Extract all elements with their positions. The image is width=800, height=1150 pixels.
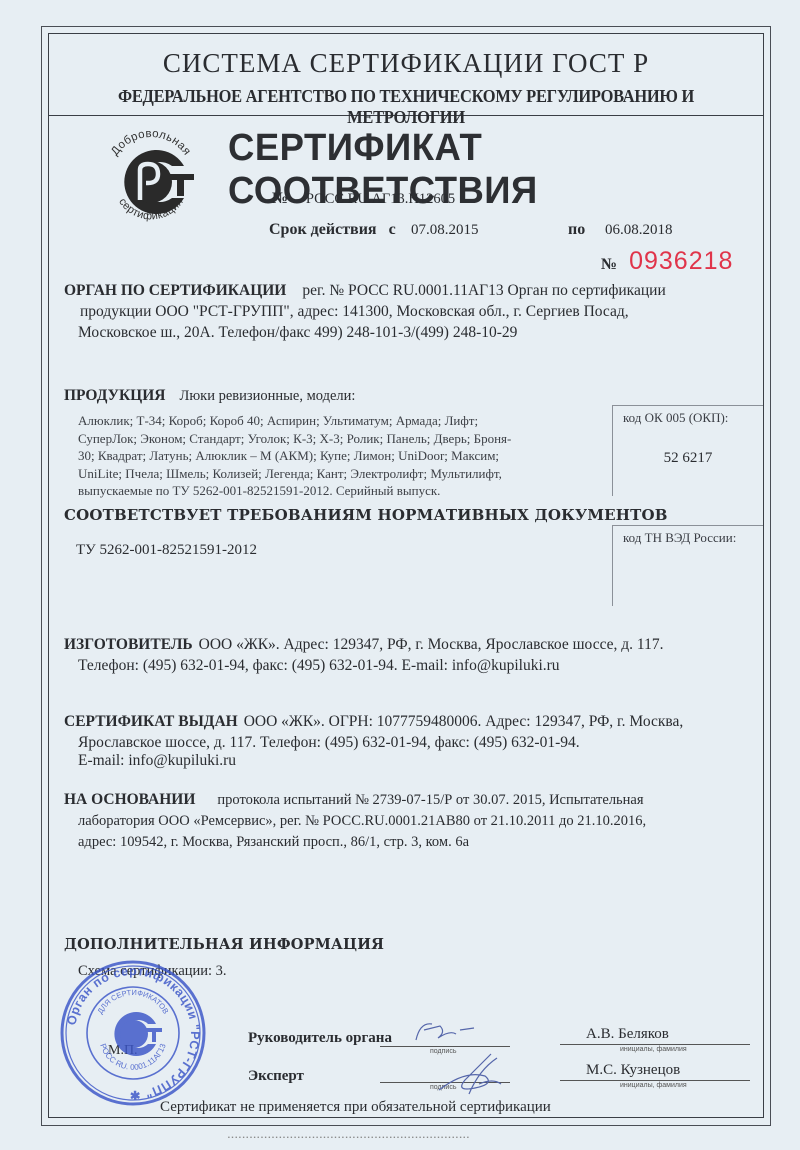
serial-number: 0936218 (629, 247, 733, 275)
certification-body-line1: рег. № РОСС RU.0001.11АГ13 Орган по серт… (302, 282, 665, 299)
issued-to-line1: ООО «ЖК». ОГРН: 1077759480006. Адрес: 12… (244, 713, 684, 730)
product-model-line: выпускаемые по ТУ 5262-001-82521591-2012… (78, 482, 608, 500)
notice-text: Сертификат не применяется при обязательн… (160, 1099, 551, 1116)
validity-label: Срок действия (269, 221, 377, 238)
okp-label: код ОК 005 (ОКП): (613, 406, 763, 426)
printer-imprint: ▪ ▪ ▪ ▪ ▪ ▪ ▪ ▪ ▪ ▪ ▪ ▪ ▪ ▪ ▪ ▪ ▪ ▪ ▪ ▪ … (228, 1135, 469, 1141)
expert-name: М.С. Кузнецов (586, 1062, 680, 1079)
certification-body-section: ОРГАН ПО СЕРТИФИКАЦИИрег. № РОСС RU.0001… (64, 280, 754, 343)
conformity-label: СООТВЕТСТВУЕТ ТРЕБОВАНИЯМ НОРМАТИВНЫХ ДО… (64, 506, 754, 524)
issued-to-label: СЕРТИФИКАТ ВЫДАН (64, 713, 238, 730)
issued-to-line3: E-mail: info@kupiluki.ru (64, 750, 754, 771)
svg-text:ДЛЯ СЕРТИФИКАТОВ: ДЛЯ СЕРТИФИКАТОВ (96, 988, 171, 1016)
organization-stamp-icon: Орган по сертификации "РСТ-ГРУПП" ✱ ДЛЯ … (58, 958, 208, 1108)
product-model-line: 30; Квадрат; Латунь; Алюклик – М (АКМ); … (78, 447, 608, 465)
expert-label: Эксперт (248, 1068, 304, 1085)
expert-name-caption: инициалы, фамилия (620, 1082, 687, 1089)
head-signature-icon (410, 1016, 480, 1053)
rst-logo-icon: Добровольная сертификация (96, 128, 206, 230)
manufacturer-label: ИЗГОТОВИТЕЛЬ (64, 636, 193, 653)
certification-body-line3: Московское ш., 20А. Телефон/факс 499) 24… (64, 322, 754, 343)
tnved-code-box: код ТН ВЭД России: (612, 525, 763, 606)
manufacturer-line1: ООО «ЖК». Адрес: 129347, РФ, г. Москва, … (199, 636, 664, 653)
manufacturer-line2: Телефон: (495) 632-01-94, факс: (495) 63… (64, 655, 754, 676)
product-label: ПРОДУКЦИЯ (64, 387, 166, 404)
serial-number-line: № 0936218 (601, 247, 733, 276)
number-label: № (272, 190, 288, 207)
valid-from-date: 07.08.2015 (411, 222, 479, 239)
from-label: с (389, 221, 396, 238)
head-label: Руководитель органа (248, 1030, 392, 1047)
additional-info-label: ДОПОЛНИТЕЛЬНАЯ ИНФОРМАЦИЯ (64, 936, 754, 953)
okp-code-box: код ОК 005 (ОКП): 52 6217 (612, 405, 763, 496)
system-title: СИСТЕМА СЕРТИФИКАЦИИ ГОСТ Р (48, 48, 764, 79)
okp-code: 52 6217 (613, 450, 763, 467)
tnved-label: код ТН ВЭД России: (613, 526, 763, 546)
agency-name: ФЕДЕРАЛЬНОЕ АГЕНТСТВО ПО ТЕХНИЧЕСКОМУ РЕ… (69, 86, 742, 128)
expert-name-line (560, 1080, 750, 1081)
serial-label: № (601, 256, 617, 273)
head-name-caption: инициалы, фамилия (620, 1046, 687, 1053)
to-label: по (568, 221, 585, 239)
issued-to-section: СЕРТИФИКАТ ВЫДАНООО «ЖК». ОГРН: 10777594… (64, 711, 754, 771)
validity-line: Срок действия с 07.08.2015 по 06.08.2018 (269, 221, 709, 239)
product-model-line: СуперЛок; Эконом; Стандарт; Уголок; К-3;… (78, 430, 608, 448)
valid-to-date: 06.08.2018 (605, 222, 673, 239)
basis-section: НА ОСНОВАНИИпротокола испытаний № 2739-0… (64, 789, 754, 853)
product-models: Алюклик; Т-34; Короб; Короб 40; Аспирин;… (64, 412, 608, 500)
expert-signature-icon (435, 1050, 515, 1105)
certification-body-label: ОРГАН ПО СЕРТИФИКАЦИИ (64, 282, 286, 299)
basis-line3: адрес: 109542, г. Москва, Рязанский прос… (64, 832, 754, 853)
product-model-line: UniLite; Пчела; Шмель; Колизей; Легенда;… (78, 465, 608, 483)
basis-line1: протокола испытаний № 2739-07-15/Р от 30… (217, 792, 643, 808)
certificate-number: РОСС RU.АГ13.Н12605 (306, 191, 455, 207)
head-name-line (560, 1044, 750, 1045)
product-model-line: Алюклик; Т-34; Короб; Короб 40; Аспирин;… (78, 412, 608, 430)
certificate-number-line: № РОСС RU.АГ13.Н12605 (272, 190, 455, 208)
certification-body-line2: продукции ООО "РСТ-ГРУПП", адрес: 141300… (64, 301, 754, 322)
basis-label: НА ОСНОВАНИИ (64, 791, 195, 808)
manufacturer-section: ИЗГОТОВИТЕЛЬООО «ЖК». Адрес: 129347, РФ,… (64, 634, 754, 676)
basis-line2: лаборатория ООО «Ремсервис», рег. № РОСС… (64, 811, 754, 832)
product-title: Люки ревизионные, модели: (180, 388, 356, 404)
head-name: А.В. Беляков (586, 1026, 669, 1043)
